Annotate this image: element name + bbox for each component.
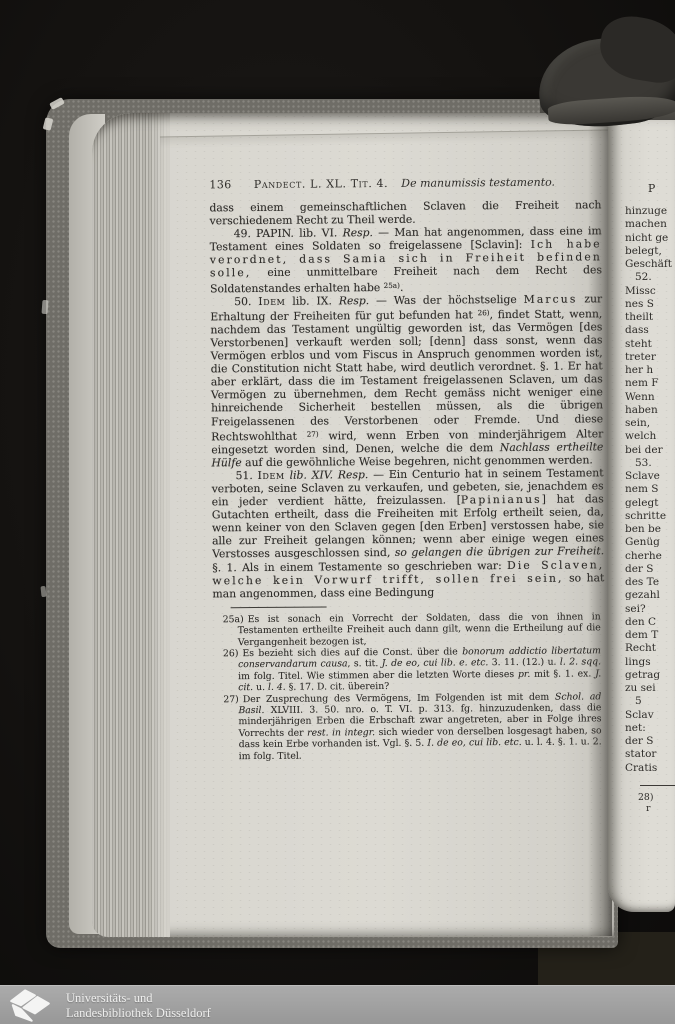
right-page-line-fragment: Sclave: [625, 470, 675, 483]
right-page-line-fragment: der S: [625, 735, 675, 748]
text-segment-plain: 51.: [236, 469, 258, 482]
right-page-footnote-fragment: r: [646, 803, 675, 814]
right-page-line-fragment: machen: [625, 218, 675, 231]
text-segment-plain: u.: [253, 682, 268, 693]
footnote-label: 26): [223, 648, 243, 659]
right-page-line-fragment: schritte: [625, 510, 675, 523]
frayed-cloth-bit: [40, 586, 46, 597]
text-segment-plain: dass einem gemeinschaftlichen Sclaven di…: [209, 198, 601, 227]
footnotes: 25a)Es ist sonach ein Vorrecht der Solda…: [223, 611, 602, 762]
running-header: 136 Pandect. L. XL. Tit. 4. De manumissi…: [209, 175, 601, 191]
text-segment-plain: eine unmittelbare Freiheit nach dem Rech…: [210, 264, 602, 295]
right-page-line-fragment: 5: [635, 695, 675, 708]
text-segment-spaced: Marcus: [524, 292, 578, 305]
right-page-line-fragment: des Te: [625, 576, 675, 589]
right-page-line-fragment: der S: [625, 563, 675, 576]
text-segment-plain: 49. PAPIN. lib. VI.: [234, 227, 343, 241]
text-segment-plain: lib. IX.: [285, 294, 338, 307]
text-segment-spaced: Papinianus: [461, 493, 542, 507]
right-page-line-fragment: lings: [625, 656, 675, 669]
right-page-line-fragment: hinzuge: [625, 205, 675, 218]
right-page-line-fragment: haben: [625, 404, 675, 417]
body-text: dass einem gemeinschaftlichen Sclaven di…: [209, 198, 604, 600]
text-segment-smallcaps: Idem: [258, 294, 285, 307]
right-page-line-fragment: dass: [625, 324, 675, 337]
right-page-line-fragment: net:: [625, 722, 675, 735]
right-page-text-fragments: hinzugemachennicht gebelegt,Geschäft52.M…: [608, 205, 675, 775]
right-page-line-fragment: nicht ge: [625, 232, 675, 245]
text-segment-plain: mit §. 1. ex.: [530, 668, 595, 680]
right-page-footnote-fragment: 28): [638, 792, 675, 803]
text-segment-plain: — Was der höchstselige: [369, 293, 524, 307]
right-page-line-fragment: Recht: [625, 642, 675, 655]
right-page-line-fragment: stator: [625, 748, 675, 761]
library-name-line1: Universitäts- und: [66, 991, 211, 1006]
page-number: 136: [209, 178, 232, 191]
right-page-line-fragment: dem T: [625, 629, 675, 642]
right-page-line-fragment: Wenn: [625, 391, 675, 404]
right-page-sliver: P hinzugemachennicht gebelegt,Geschäft52…: [608, 120, 675, 912]
frayed-cloth-bit: [42, 300, 49, 314]
footnote: 27)Der Zusprechung des Vermögens, Im Fol…: [223, 691, 602, 762]
right-page-line-fragment: sein,: [625, 417, 675, 430]
text-segment-italic: pr.: [518, 669, 530, 680]
text-segment-italic: I. de eo, cui lib. etc.: [427, 737, 521, 749]
text-segment-italic: J. de eo, cui lib. e. etc.: [382, 658, 489, 670]
text-segment-italic: rest. in integr.: [307, 727, 375, 739]
text-segment-italic: Resp.: [339, 294, 370, 307]
text-segment-plain: 3. 11. (12.) u.: [488, 657, 560, 669]
right-page-footnote-rule: [640, 785, 675, 786]
right-page-line-fragment: cherhe: [625, 550, 675, 563]
right-page-line-fragment: treter: [625, 351, 675, 364]
left-page: 136 Pandect. L. XL. Tit. 4. De manumissi…: [157, 120, 611, 938]
paragraph: 50. Idem lib. IX. Resp. — Was der höchst…: [210, 292, 603, 469]
right-page-line-fragment: 52.: [635, 271, 675, 284]
text-segment-plain: §. 17. D. cit. überein?: [286, 681, 390, 693]
right-page-line-fragment: den C: [625, 616, 675, 629]
library-name-line2: Landesbibliothek Düsseldorf: [66, 1006, 211, 1021]
library-watermark-bar: Universitäts- und Landesbibliothek Düsse…: [0, 985, 675, 1024]
text-segment-sup: 27): [307, 429, 319, 438]
footnote-rule: [231, 606, 327, 608]
text-column: 136 Pandect. L. XL. Tit. 4. De manumissi…: [209, 175, 606, 762]
right-page-line-fragment: Geschäft: [625, 258, 675, 271]
text-segment-sup: 26): [478, 308, 490, 317]
text-segment-italic: l. 4.: [268, 682, 286, 693]
paragraph: 49. PAPIN. lib. VI. Resp. — Man hat ange…: [210, 224, 603, 295]
right-page-line-fragment: Sclav: [625, 709, 675, 722]
library-name: Universitäts- und Landesbibliothek Düsse…: [66, 991, 211, 1021]
text-segment-plain: , s. tit.: [347, 658, 381, 669]
right-page-line-fragment: nem F: [625, 377, 675, 390]
right-page-line-fragment: steht: [625, 338, 675, 351]
footnote-label: 27): [223, 694, 243, 705]
right-page-line-fragment: welch: [625, 430, 675, 443]
text-segment-italic: lib. XIV. Resp.: [290, 468, 369, 482]
text-segment-smallcaps: Idem: [258, 469, 285, 482]
right-page-line-fragment: Cratis: [625, 762, 675, 775]
right-page-line-fragment: belegt,: [625, 245, 675, 258]
right-page-line-fragment: theilt: [625, 311, 675, 324]
right-page-line-fragment: sei?: [625, 603, 675, 616]
text-segment-italic: Resp.: [342, 226, 373, 239]
footnote-label: 25a): [223, 614, 248, 625]
paragraph: 51. Idem lib. XIV. Resp. — Ein Centurio …: [212, 466, 605, 600]
right-page-line-fragment: nes S: [625, 298, 675, 311]
running-title: Pandect. L. XL. Tit. 4.: [254, 177, 389, 191]
right-page-line-fragment: bei der: [625, 444, 675, 457]
right-page-line-fragment: nem S: [625, 483, 675, 496]
footnote: 26)Es bezieht sich dies auf die Const. ü…: [223, 645, 601, 694]
right-page-line-fragment: zu sei: [625, 682, 675, 695]
text-segment-plain: , findet Statt, wenn, nachdem das Testam…: [210, 307, 603, 443]
library-logo-icon: [6, 988, 54, 1024]
text-segment-sup: 25a): [384, 280, 400, 289]
right-page-line-fragment: her h: [625, 364, 675, 377]
right-page-line-fragment: Genüg: [625, 536, 675, 549]
right-page-line-fragment: gelegt: [625, 497, 675, 510]
right-page-line-fragment: 53.: [635, 457, 675, 470]
footnote: 25a)Es ist sonach ein Vorrecht der Solda…: [223, 611, 601, 648]
right-page-footnote-fragments: 28)r: [638, 792, 675, 815]
right-page-line-fragment: Missc: [625, 285, 675, 298]
book-scan-photo: 136 Pandect. L. XL. Tit. 4. De manumissi…: [0, 0, 675, 1024]
text-segment-plain: .: [400, 280, 404, 293]
right-page-line-fragment: gezahl: [625, 589, 675, 602]
running-subtitle: De manumissis testamento.: [401, 176, 555, 190]
right-page-line-fragment: ben be: [625, 523, 675, 536]
text-segment-plain: Es ist sonach ein Vorrecht der Soldaten,…: [238, 611, 601, 648]
text-segment-plain: im folg. Titel. Wie stimmen aber die let…: [238, 669, 518, 682]
paragraph: dass einem gemeinschaftlichen Sclaven di…: [209, 198, 601, 227]
text-segment-plain: 50.: [234, 295, 258, 308]
right-page-header-fragment: P: [648, 182, 675, 195]
right-page-line-fragment: getrag: [625, 669, 675, 682]
